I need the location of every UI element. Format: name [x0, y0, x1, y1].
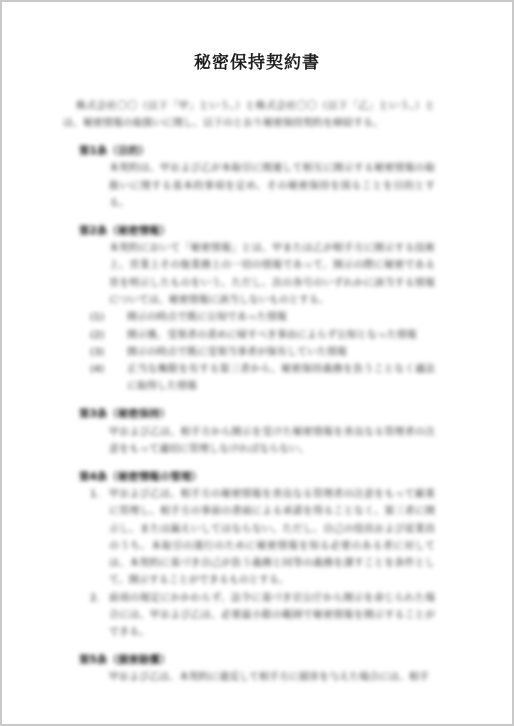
list-item-text: 開示後、受領者の責めに帰すべき事由によらず公知となった情報 — [127, 327, 435, 344]
article-1-title: （目的） — [107, 145, 149, 157]
list-item: (2) 開示後、受領者の責めに帰すべき事由によらず公知となった情報 — [90, 327, 512, 344]
list-item-marker: (3) — [90, 344, 127, 361]
section-article-4: 第4条（秘密情報の管理） 1. 甲および乙は、相手方の秘密情報を善良なる管理者の… — [2, 469, 512, 642]
numbered-paragraph: 1. 甲および乙は、相手方の秘密情報を善良なる管理者の注意をもって厳重に管理し、… — [90, 486, 512, 590]
paragraph-text: 前項の規定にかかわらず、法令に基づき官公庁から開示を命じられた場合には、甲および… — [109, 590, 435, 642]
document-body: 株式会社〇〇（以下「甲」という。）と株式会社〇〇（以下「乙」という。）とは、秘密… — [2, 98, 512, 687]
article-5-body: 甲および乙は、本契約に違反して相手方に損害を与えた場合には、相手 — [109, 669, 435, 686]
document-page: 秘密保持契約書 株式会社〇〇（以下「甲」という。）と株式会社〇〇（以下「乙」とい… — [0, 0, 514, 726]
article-1-heading: 第1条（目的） — [79, 143, 512, 160]
numbered-paragraph: 2. 前項の規定にかかわらず、法令に基づき官公庁から開示を命じられた場合には、甲… — [90, 590, 512, 642]
article-4-number: 第4条 — [79, 471, 107, 483]
article-2-title: （秘密情報） — [107, 225, 170, 237]
document-title: 秘密保持契約書 — [2, 53, 512, 73]
paragraph-number: 1. — [90, 486, 109, 590]
section-article-2: 第2条（秘密情報） 本契約において「秘密情報」とは、甲または乙が相手方に開示する… — [2, 223, 512, 396]
list-item-marker: (1) — [90, 309, 127, 326]
list-item: (4) 正当な権限を有する第三者から、秘密保持義務を負うことなく適法に取得した情… — [90, 361, 512, 396]
article-2-heading: 第2条（秘密情報） — [79, 223, 512, 240]
list-item-text: 開示の時点で既に受領当事者が保有していた情報 — [127, 344, 435, 361]
article-3-number: 第3条 — [79, 408, 107, 420]
article-3-body: 甲および乙は、相手方から開示を受けた秘密情報を善良なる管理者の注意をもって適切に… — [109, 424, 435, 459]
article-5-heading: 第5条（損害賠償） — [79, 652, 512, 669]
article-5-title: （損害賠償） — [107, 654, 170, 666]
article-1-number: 第1条 — [79, 145, 107, 157]
paragraph-number: 2. — [90, 590, 109, 642]
article-1-body: 本契約は、甲および乙が本取引に関連して相互に開示する秘密情報の取扱いに関する基本… — [109, 160, 435, 212]
list-item: (3) 開示の時点で既に受領当事者が保有していた情報 — [90, 344, 512, 361]
article-5-number: 第5条 — [79, 654, 107, 666]
article-3-heading: 第3条（秘密保持） — [79, 406, 512, 423]
article-2-number: 第2条 — [79, 225, 107, 237]
article-2-item-list: (1) 開示の時点で既に公知であった情報 (2) 開示後、受領者の責めに帰すべき… — [90, 309, 512, 395]
paragraph-text: 甲および乙は、相手方の秘密情報を善良なる管理者の注意をもって厳重に管理し、相手方… — [109, 486, 435, 590]
list-item-marker: (4) — [90, 361, 127, 396]
section-article-5: 第5条（損害賠償） 甲および乙は、本契約に違反して相手方に損害を与えた場合には、… — [2, 652, 512, 687]
list-item-text: 開示の時点で既に公知であった情報 — [127, 309, 435, 326]
section-article-3: 第3条（秘密保持） 甲および乙は、相手方から開示を受けた秘密情報を善良なる管理者… — [2, 406, 512, 458]
list-item-text: 正当な権限を有する第三者から、秘密保持義務を負うことなく適法に取得した情報 — [127, 361, 435, 396]
article-4-title: （秘密情報の管理） — [107, 471, 202, 483]
preamble-paragraph: 株式会社〇〇（以下「甲」という。）と株式会社〇〇（以下「乙」という。）とは、秘密… — [63, 98, 435, 133]
article-4-heading: 第4条（秘密情報の管理） — [79, 469, 512, 486]
section-article-1: 第1条（目的） 本契約は、甲および乙が本取引に関連して相互に開示する秘密情報の取… — [2, 143, 512, 212]
list-item-marker: (2) — [90, 327, 127, 344]
article-3-title: （秘密保持） — [107, 408, 170, 420]
article-2-body: 本契約において「秘密情報」とは、甲または乙が相手方に開示する技術上、営業上その他… — [109, 240, 435, 309]
list-item: (1) 開示の時点で既に公知であった情報 — [90, 309, 512, 326]
